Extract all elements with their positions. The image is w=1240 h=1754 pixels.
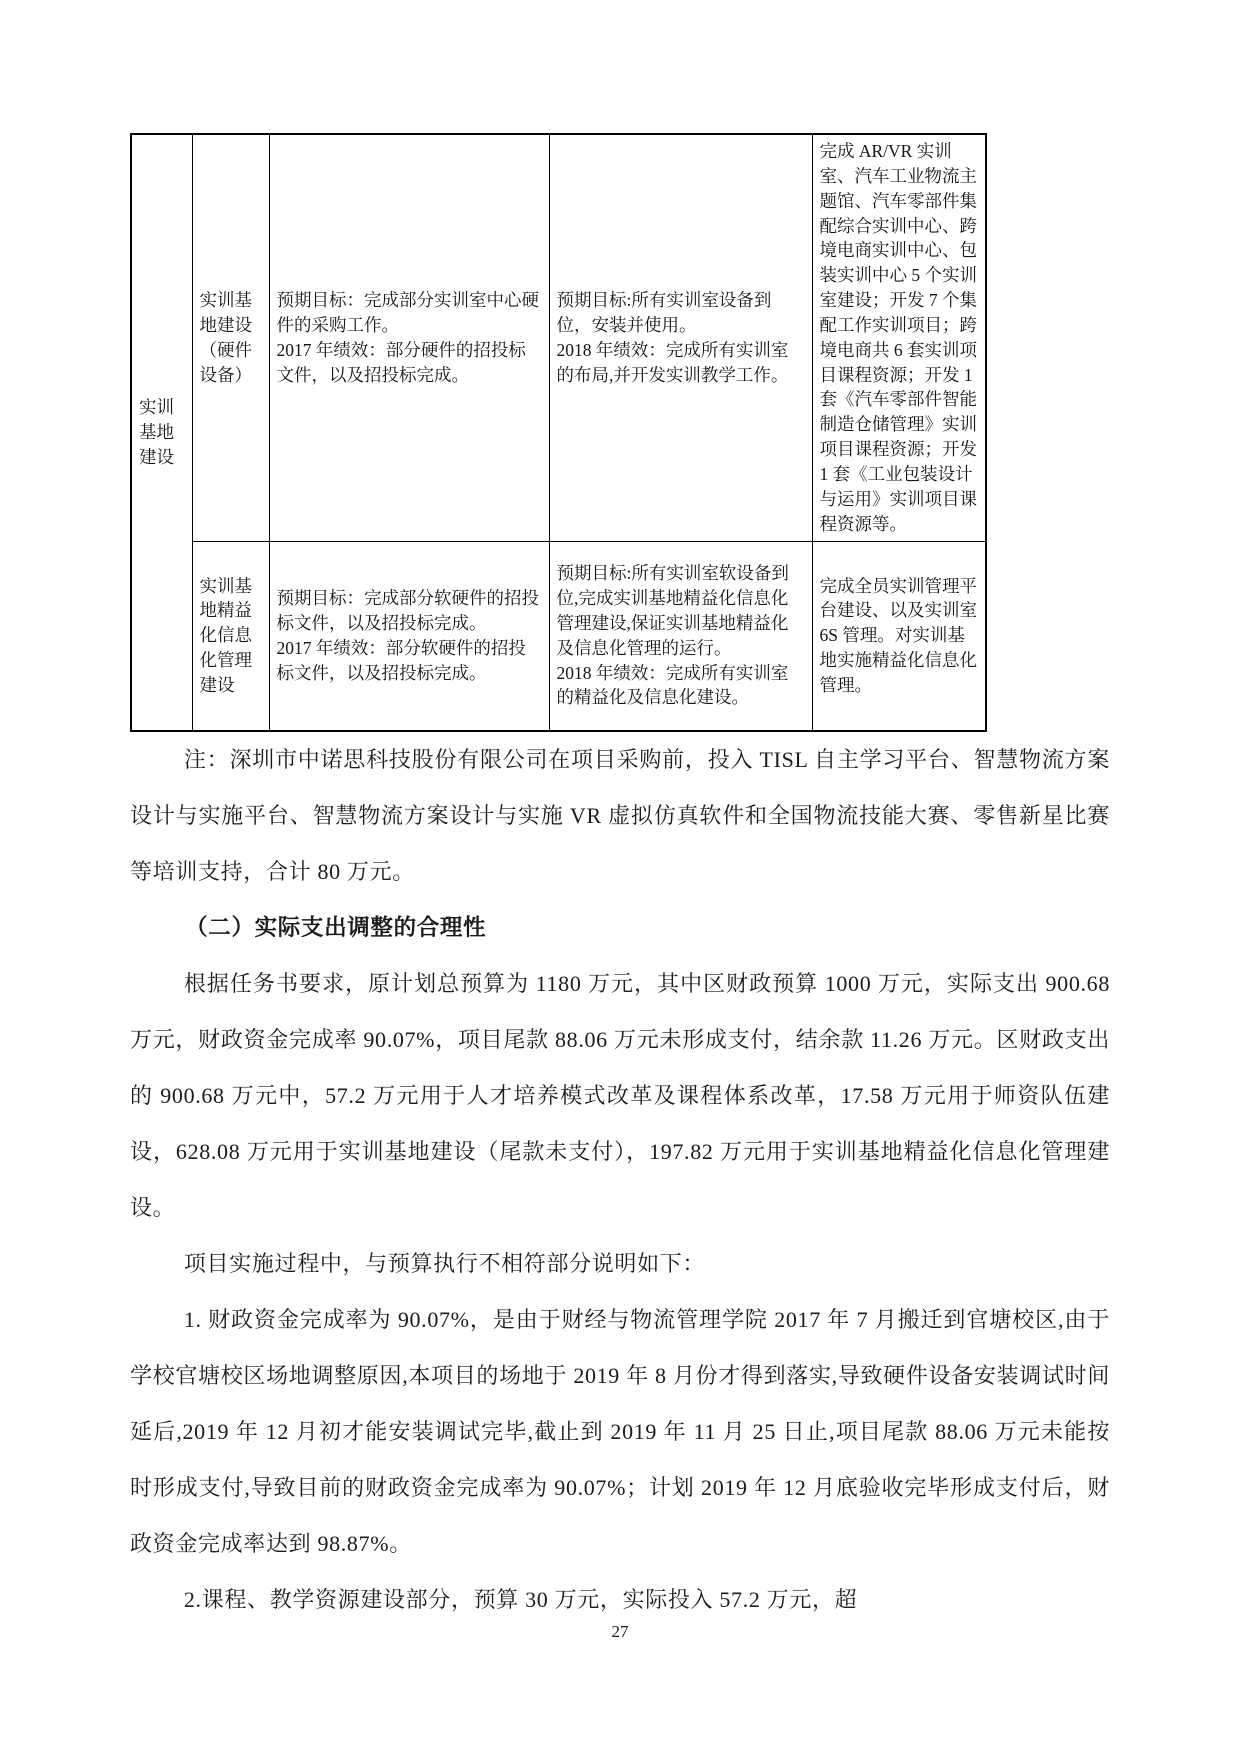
performance-text: 2017 年绩效：部分硬件的招投标文件，以及招投标完成。	[277, 338, 542, 388]
cell-subproject-name: 实训基地建设（硬件设备）	[192, 134, 269, 541]
cell-subproject-name: 实训基地精益化信息化管理建设	[192, 541, 269, 731]
cell-result: 完成 AR/VR 实训室、汽车工业物流主题馆、汽车零部件集配综合实训中心、跨境电…	[812, 134, 986, 541]
note-paragraph: 注：深圳市中诺思科技股份有限公司在项目采购前，投入 TISL 自主学习平台、智慧…	[130, 732, 1110, 900]
document-page: 实训基地建设 实训基地建设（硬件设备） 预期目标：完成部分实训室中心硬件的采购工…	[0, 0, 1240, 1754]
expected-goal-text: 预期目标：完成部分实训室中心硬件的采购工作。	[277, 288, 542, 338]
document-body: 注：深圳市中诺思科技股份有限公司在项目采购前，投入 TISL 自主学习平台、智慧…	[130, 732, 1110, 1628]
section-heading: （二）实际支出调整的合理性	[130, 900, 1110, 956]
cell-late-goal: 预期目标:所有实训室设备到位，安装并使用。 2018 年绩效：完成所有实训室的布…	[549, 134, 812, 541]
cell-result: 完成全员实训管理平台建设、以及实训室 6S 管理。对实训基地实施精益化信息化管理…	[812, 541, 986, 731]
performance-text: 2018 年绩效：完成所有实训室的精益化及信息化建设。	[557, 661, 805, 711]
group-label: 实训基地建设	[139, 397, 174, 467]
body-paragraph: 1. 财政资金完成率为 90.07%，是由于财经与物流管理学院 2017 年 7…	[130, 1292, 1110, 1572]
cell-early-goal: 预期目标：完成部分软硬件的招投标文件，以及招投标完成。 2017 年绩效：部分软…	[269, 541, 549, 731]
page-number: 27	[0, 1622, 1240, 1642]
result-text: 完成 AR/VR 实训室、汽车工业物流主题馆、汽车零部件集配综合实训中心、跨境电…	[820, 139, 979, 537]
cell-late-goal: 预期目标:所有实训室软设备到位,完成实训基地精益化信息化管理建设,保证实训基地精…	[549, 541, 812, 731]
performance-text: 2018 年绩效：完成所有实训室的布局,并开发实训教学工作。	[557, 338, 805, 388]
body-paragraph: 根据任务书要求，原计划总预算为 1180 万元，其中区财政预算 1000 万元，…	[130, 956, 1110, 1236]
performance-table: 实训基地建设 实训基地建设（硬件设备） 预期目标：完成部分实训室中心硬件的采购工…	[130, 133, 987, 732]
table-row: 实训基地精益化信息化管理建设 预期目标：完成部分软硬件的招投标文件，以及招投标完…	[131, 541, 986, 731]
body-paragraph: 项目实施过程中，与预算执行不相符部分说明如下：	[130, 1236, 1110, 1292]
subproject-name: 实训基地建设（硬件设备）	[200, 290, 253, 385]
cell-early-goal: 预期目标：完成部分实训室中心硬件的采购工作。 2017 年绩效：部分硬件的招投标…	[269, 134, 549, 541]
result-text: 完成全员实训管理平台建设、以及实训室 6S 管理。对实训基地实施精益化信息化管理…	[820, 574, 979, 698]
subproject-name: 实训基地精益化信息化管理建设	[200, 576, 253, 695]
performance-text: 2017 年绩效：部分软硬件的招投标文件，以及招投标完成。	[277, 636, 542, 686]
expected-goal-text: 预期目标:所有实训室设备到位，安装并使用。	[557, 288, 805, 338]
table-row: 实训基地建设 实训基地建设（硬件设备） 预期目标：完成部分实训室中心硬件的采购工…	[131, 134, 986, 541]
expected-goal-text: 预期目标：完成部分软硬件的招投标文件，以及招投标完成。	[277, 586, 542, 636]
expected-goal-text: 预期目标:所有实训室软设备到位,完成实训基地精益化信息化管理建设,保证实训基地精…	[557, 561, 805, 660]
body-paragraph: 2.课程、教学资源建设部分，预算 30 万元，实际投入 57.2 万元，超	[130, 1572, 1110, 1628]
cell-group-label: 实训基地建设	[131, 134, 192, 731]
